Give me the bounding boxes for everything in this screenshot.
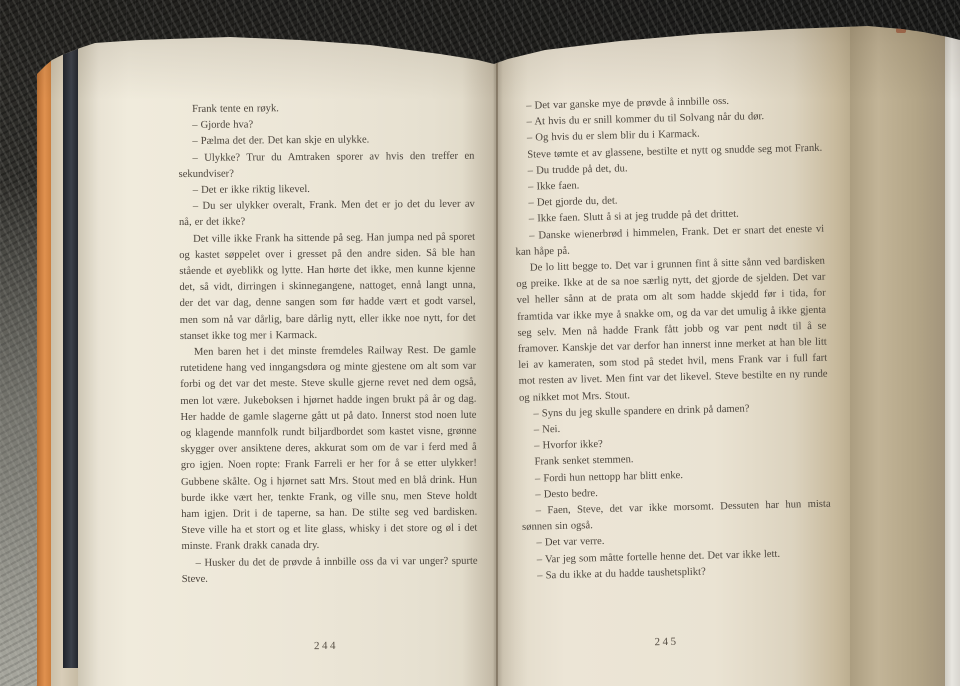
paragraph: De lo litt begge to. Det var i grunnen f… [516,254,828,407]
right-page-text: – Det var ganske mye de prøvde å innbill… [512,92,832,585]
open-book: Frank tente en røyk.– Gjorde hva?– Pælma… [0,0,960,686]
paragraph: – Ulykke? Trur du Amtraken sporer av hvi… [178,148,474,183]
endpaper-edge [63,45,78,668]
paragraph: Det ville ikke Frank ha sittende på seg.… [179,229,476,345]
paragraph: Men baren het i det minste fremdeles Rai… [180,343,478,556]
book-cover-edge [37,55,51,686]
paragraph: – Du ser ulykker overalt, Frank. Men det… [179,197,475,232]
left-page-number: 244 [178,639,474,653]
paragraph: – Husker du det de prøvde å innbille oss… [182,553,478,588]
left-page-text: Frank tente en røyk.– Gjorde hva?– Pælma… [178,100,478,588]
right-page-edge-tan [850,26,945,686]
right-page-edge-highlight [945,30,960,686]
